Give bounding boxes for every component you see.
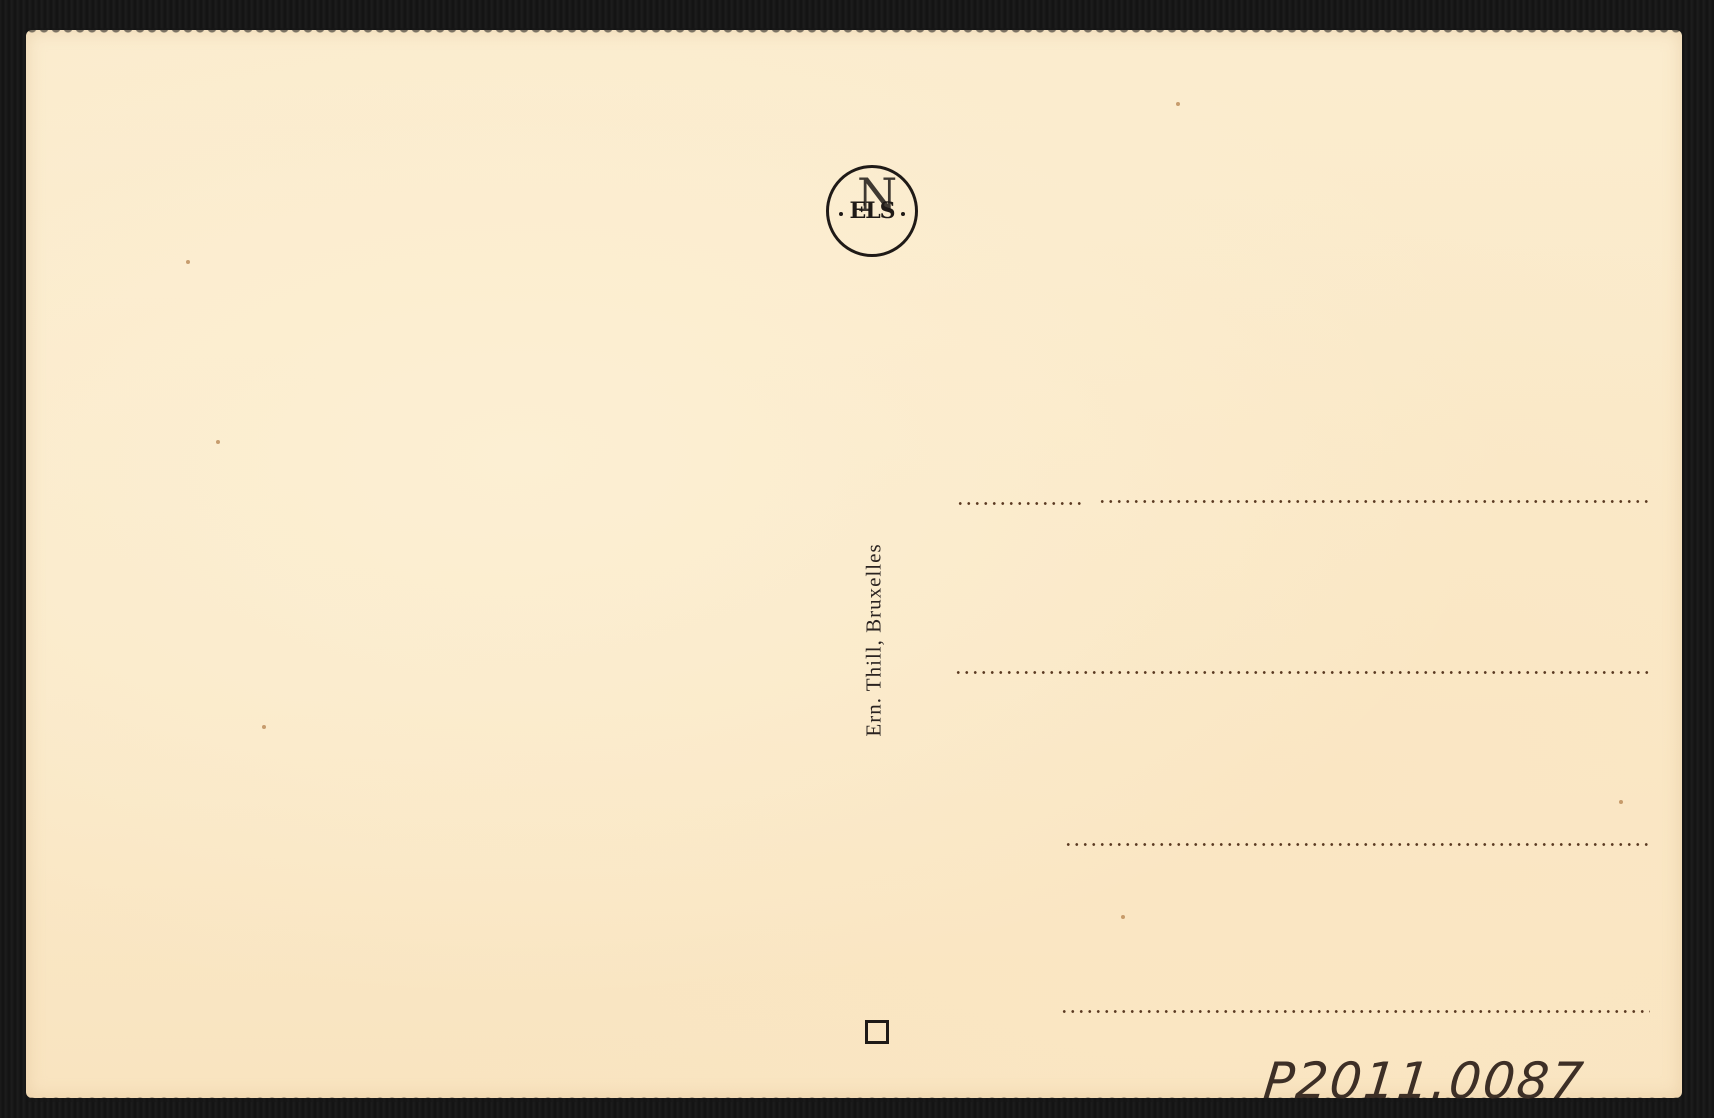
logo-dot-right: [901, 212, 905, 216]
paper-speck: [262, 725, 266, 729]
address-line-3: [1064, 843, 1650, 846]
catalog-number-handwritten: P2011.0087: [1261, 1052, 1588, 1110]
nels-logo-icon: N ELS: [826, 165, 918, 257]
address-line-4: [1060, 1010, 1650, 1013]
square-outline-icon: [865, 1020, 889, 1044]
paper-speck: [1619, 800, 1623, 804]
paper-speck: [1121, 915, 1125, 919]
logo-dot-left: [839, 212, 843, 216]
postcard-back: N ELS Ern. Thill, Bruxelles P2011.0087: [26, 30, 1682, 1098]
address-line-2: [954, 671, 1650, 674]
address-line-1-segment-b: [1098, 500, 1650, 503]
logo-letters: ELS: [829, 168, 915, 254]
paper-speck: [1176, 102, 1180, 106]
paper-speck: [186, 260, 190, 264]
address-line-1-segment-a: [956, 502, 1084, 505]
paper-speck: [216, 440, 220, 444]
publisher-imprint: Ern. Thill, Bruxelles: [862, 543, 887, 736]
